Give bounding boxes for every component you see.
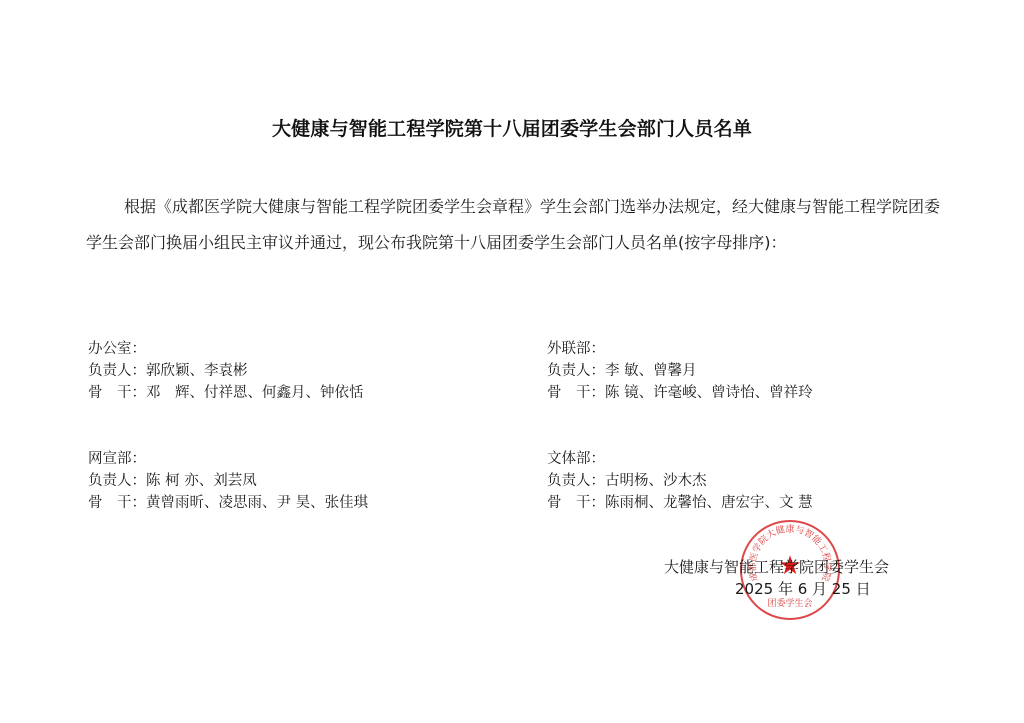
signature-date: 2025 年 6 月 25 日 bbox=[664, 578, 926, 600]
department-name: 文体部： bbox=[547, 448, 813, 470]
members-label: 骨 干： bbox=[88, 385, 146, 401]
department-name: 外联部： bbox=[547, 338, 813, 360]
members-label: 骨 干： bbox=[547, 495, 605, 511]
members-names: 黄曾雨昕、凌思雨、尹 昊、张佳琪 bbox=[146, 495, 368, 511]
signature-block: 大健康与智能工程学院团委学生会 2025 年 6 月 25 日 bbox=[664, 556, 926, 600]
leaders-label: 负责人： bbox=[547, 363, 605, 379]
leaders-names: 李 敏、曾馨月 bbox=[605, 363, 697, 379]
intro-text: 根据《成都医学院大健康与智能工程学院团委学生会章程》学生会部门选举办法规定，经大… bbox=[86, 197, 940, 252]
members-row: 骨 干：陈 镜、许毫峻、曾诗怡、曾祥玲 bbox=[547, 382, 813, 404]
members-row: 骨 干：黄曾雨昕、凌思雨、尹 昊、张佳琪 bbox=[88, 492, 368, 514]
department-name: 网宣部： bbox=[88, 448, 368, 470]
members-row: 骨 干：陈雨桐、龙馨怡、唐宏宇、文 慧 bbox=[547, 492, 813, 514]
leaders-row: 负责人：郭欣颖、李袁彬 bbox=[88, 360, 364, 382]
department-external-relations: 外联部： 负责人：李 敏、曾馨月 骨 干：陈 镜、许毫峻、曾诗怡、曾祥玲 bbox=[547, 338, 813, 404]
members-label: 骨 干： bbox=[547, 385, 605, 401]
department-office: 办公室： 负责人：郭欣颖、李袁彬 骨 干：邓 辉、付祥恩、何鑫月、钟依恬 bbox=[88, 338, 364, 404]
leaders-names: 郭欣颖、李袁彬 bbox=[146, 363, 248, 379]
leaders-label: 负责人： bbox=[88, 473, 146, 489]
leaders-row: 负责人：李 敏、曾馨月 bbox=[547, 360, 813, 382]
intro-paragraph: 根据《成都医学院大健康与智能工程学院团委学生会章程》学生会部门选举办法规定，经大… bbox=[86, 189, 946, 261]
members-row: 骨 干：邓 辉、付祥恩、何鑫月、钟依恬 bbox=[88, 382, 364, 404]
leaders-names: 古明杨、沙木杰 bbox=[605, 473, 707, 489]
members-names: 邓 辉、付祥恩、何鑫月、钟依恬 bbox=[146, 385, 364, 401]
members-names: 陈雨桐、龙馨怡、唐宏宇、文 慧 bbox=[605, 495, 813, 511]
signature-organization: 大健康与智能工程学院团委学生会 bbox=[664, 556, 926, 578]
members-label: 骨 干： bbox=[88, 495, 146, 511]
leaders-row: 负责人：古明杨、沙木杰 bbox=[547, 470, 813, 492]
document-title: 大健康与智能工程学院第十八届团委学生会部门人员名单 bbox=[0, 114, 1024, 141]
leaders-row: 负责人：陈 柯 亦、刘芸凤 bbox=[88, 470, 368, 492]
department-name: 办公室： bbox=[88, 338, 364, 360]
leaders-label: 负责人： bbox=[88, 363, 146, 379]
members-names: 陈 镜、许毫峻、曾诗怡、曾祥玲 bbox=[605, 385, 813, 401]
department-culture-sports: 文体部： 负责人：古明杨、沙木杰 骨 干：陈雨桐、龙馨怡、唐宏宇、文 慧 bbox=[547, 448, 813, 514]
department-web-publicity: 网宣部： 负责人：陈 柯 亦、刘芸凤 骨 干：黄曾雨昕、凌思雨、尹 昊、张佳琪 bbox=[88, 448, 368, 514]
leaders-names: 陈 柯 亦、刘芸凤 bbox=[146, 473, 257, 489]
leaders-label: 负责人： bbox=[547, 473, 605, 489]
